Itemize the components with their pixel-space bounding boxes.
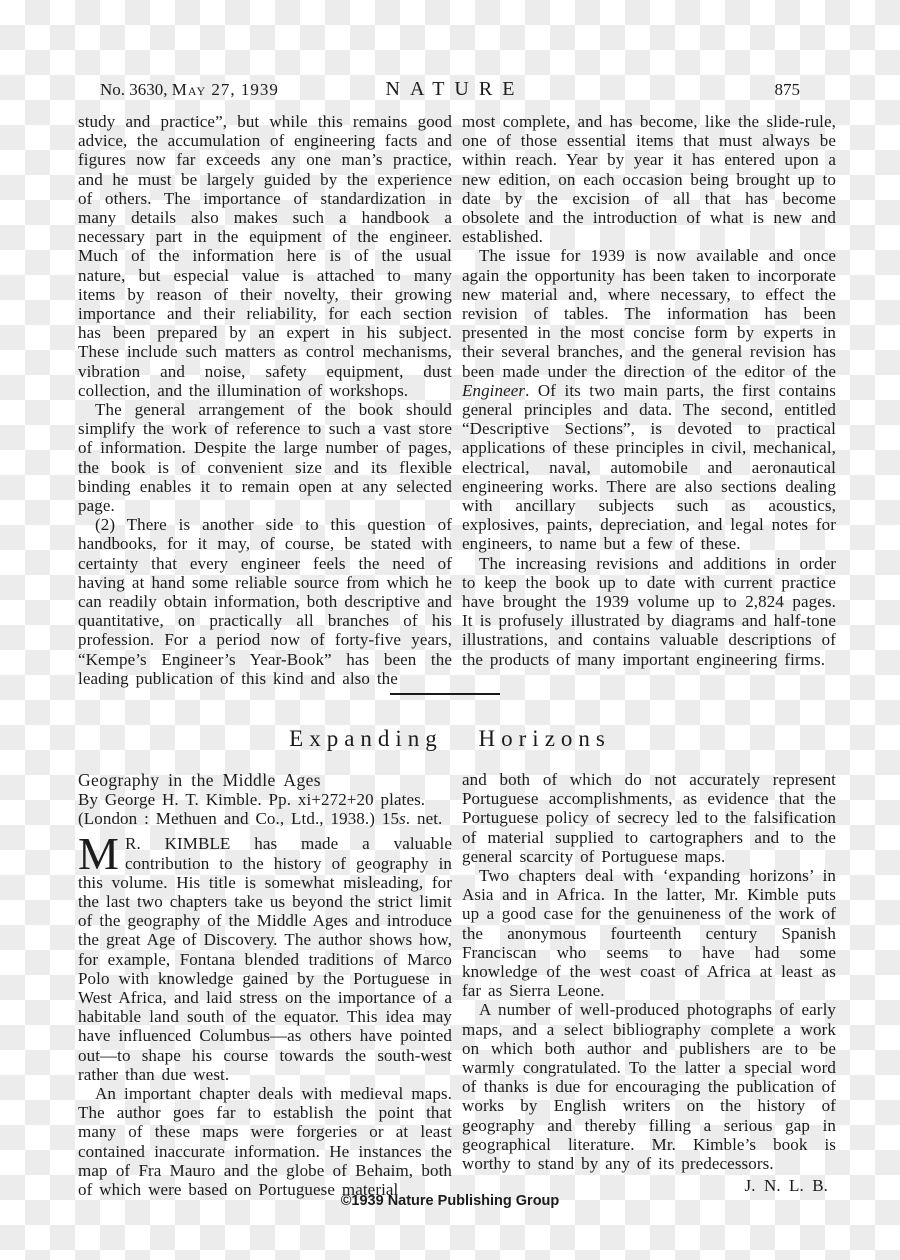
paragraph: An important chapter deals with medieval…: [78, 1084, 452, 1199]
paragraph: The general arrangement of the book shou…: [78, 400, 452, 515]
paragraph: MR. KIMBLE has made a valuable contribut…: [78, 834, 452, 1084]
paragraph: study and practice”, but while this rema…: [78, 112, 452, 400]
text-run: s: [399, 809, 406, 828]
dropcap-letter: M: [78, 834, 125, 870]
article-right-column: most complete, and has become, like the …: [462, 112, 836, 688]
review-header: Geography in the Middle Ages By George H…: [78, 770, 452, 828]
text-run: study and practice”, but while this rema…: [78, 112, 452, 400]
paragraph: Two chapters deal with ‘expanding horizo…: [462, 866, 836, 1000]
paragraph: The issue for 1939 is now available and …: [462, 246, 836, 553]
paragraph: The increasing revisions and additions i…: [462, 554, 836, 669]
paragraph: (2) There is another side to this questi…: [78, 515, 452, 688]
review-left-text: MR. KIMBLE has made a valuable contribut…: [78, 834, 452, 1199]
text-run: . net.: [406, 809, 443, 828]
review-left-column: Geography in the Middle Ages By George H…: [78, 770, 452, 1199]
book-imprint: (London : Methuen and Co., Ltd., 1938.) …: [78, 809, 452, 828]
text-run: . Of its two main parts, the first conta…: [462, 381, 836, 554]
review-right-column: and both of which do not accurately repr…: [462, 770, 836, 1199]
paragraph: A number of well-produced photographs of…: [462, 1000, 836, 1173]
text-run: The issue for 1939 is now available and …: [462, 246, 836, 380]
copyright-notice: ©1939 Nature Publishing Group: [0, 1193, 900, 1209]
text-run: and both of which do not accurately repr…: [462, 770, 836, 866]
text-run: Two chapters deal with ‘expanding horizo…: [462, 866, 836, 1000]
book-title: Geography in the Middle Ages: [78, 770, 452, 790]
section-title: Expanding Horizons: [0, 726, 900, 752]
text-run: (London : Methuen and Co., Ltd., 1938.) …: [78, 809, 399, 828]
journal-page: No. 3630, May 27, 1939 NATURE 875 study …: [0, 0, 900, 1260]
text-run: An important chapter deals with medieval…: [78, 1084, 452, 1199]
text-run: A number of well-produced photographs of…: [462, 1000, 836, 1173]
text-run: The increasing revisions and additions i…: [462, 554, 836, 669]
article-left-column: study and practice”, but while this rema…: [78, 112, 452, 688]
text-run: most complete, and has become, like the …: [462, 112, 836, 246]
page-header: No. 3630, May 27, 1939 NATURE 875: [0, 80, 900, 104]
text-run: (2) There is another side to this questi…: [78, 515, 452, 688]
paragraph: most complete, and has become, like the …: [462, 112, 836, 246]
book-review: Geography in the Middle Ages By George H…: [78, 770, 836, 1199]
book-byline: By George H. T. Kimble. Pp. xi+272+20 pl…: [78, 790, 452, 809]
review-right-text: and both of which do not accurately repr…: [462, 770, 836, 1173]
section-divider-rule: [390, 693, 500, 695]
article-body: study and practice”, but while this rema…: [78, 112, 836, 688]
journal-title: NATURE: [0, 78, 900, 101]
paragraph: (London : Methuen and Co., Ltd., 1938.) …: [78, 809, 452, 828]
text-run: R. KIMBLE has made a valuable contributi…: [78, 834, 452, 1083]
page-number: 875: [775, 80, 801, 100]
text-run: The general arrangement of the book shou…: [78, 400, 452, 515]
text-run: Engineer: [462, 381, 525, 400]
paragraph: and both of which do not accurately repr…: [462, 770, 836, 866]
